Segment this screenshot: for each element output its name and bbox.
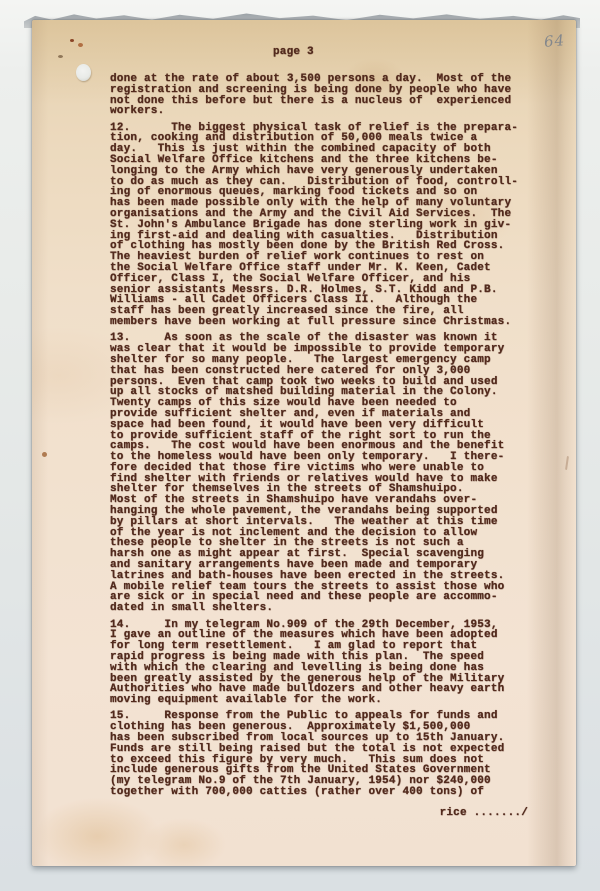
scanned-document-photo: 64 page 3 done at the rate of about 3,50…: [0, 0, 600, 891]
folio-number-pencil: 64: [543, 31, 566, 51]
paper-crease-mark: [565, 456, 569, 470]
text-line: members have been working at full pressu…: [110, 317, 534, 328]
punch-hole: [76, 64, 91, 81]
text-line: with which the clearing and levelling is…: [110, 663, 534, 674]
stain-speck: [42, 452, 47, 457]
stain-speck: [78, 43, 83, 47]
stain-speck: [70, 39, 74, 42]
catchword: rice ......./: [110, 807, 528, 819]
text-line: registration and screening is being done…: [110, 85, 534, 96]
text-line: dated in small shelters.: [110, 603, 534, 614]
page-header: page 3: [273, 46, 314, 58]
stain-speck: [58, 55, 63, 58]
text-line: workers.: [110, 106, 534, 117]
paragraph: done at the rate of about 3,500 persons …: [110, 74, 534, 117]
document-body: done at the rate of about 3,500 persons …: [110, 74, 534, 803]
text-line: Funds are still being raised but the tot…: [110, 744, 534, 755]
text-line: that has been constructed here catered f…: [110, 366, 534, 377]
text-line: not done this before but there is a nucl…: [110, 96, 534, 107]
paragraph: 14. In my telegram No.909 of the 29th De…: [110, 620, 534, 706]
paragraph: 15. Response from the Public to appeals …: [110, 711, 534, 797]
text-line: together with 700,000 catties (rather ov…: [110, 787, 534, 798]
text-line: space had been found, it would have been…: [110, 420, 534, 431]
paragraph: 12. The biggest physical task of relief …: [110, 123, 534, 328]
document-page: 64 page 3 done at the rate of about 3,50…: [32, 20, 576, 866]
text-line: moving equipment available for the work.: [110, 695, 534, 706]
paragraph: 13. As soon as the scale of the disaster…: [110, 333, 534, 614]
